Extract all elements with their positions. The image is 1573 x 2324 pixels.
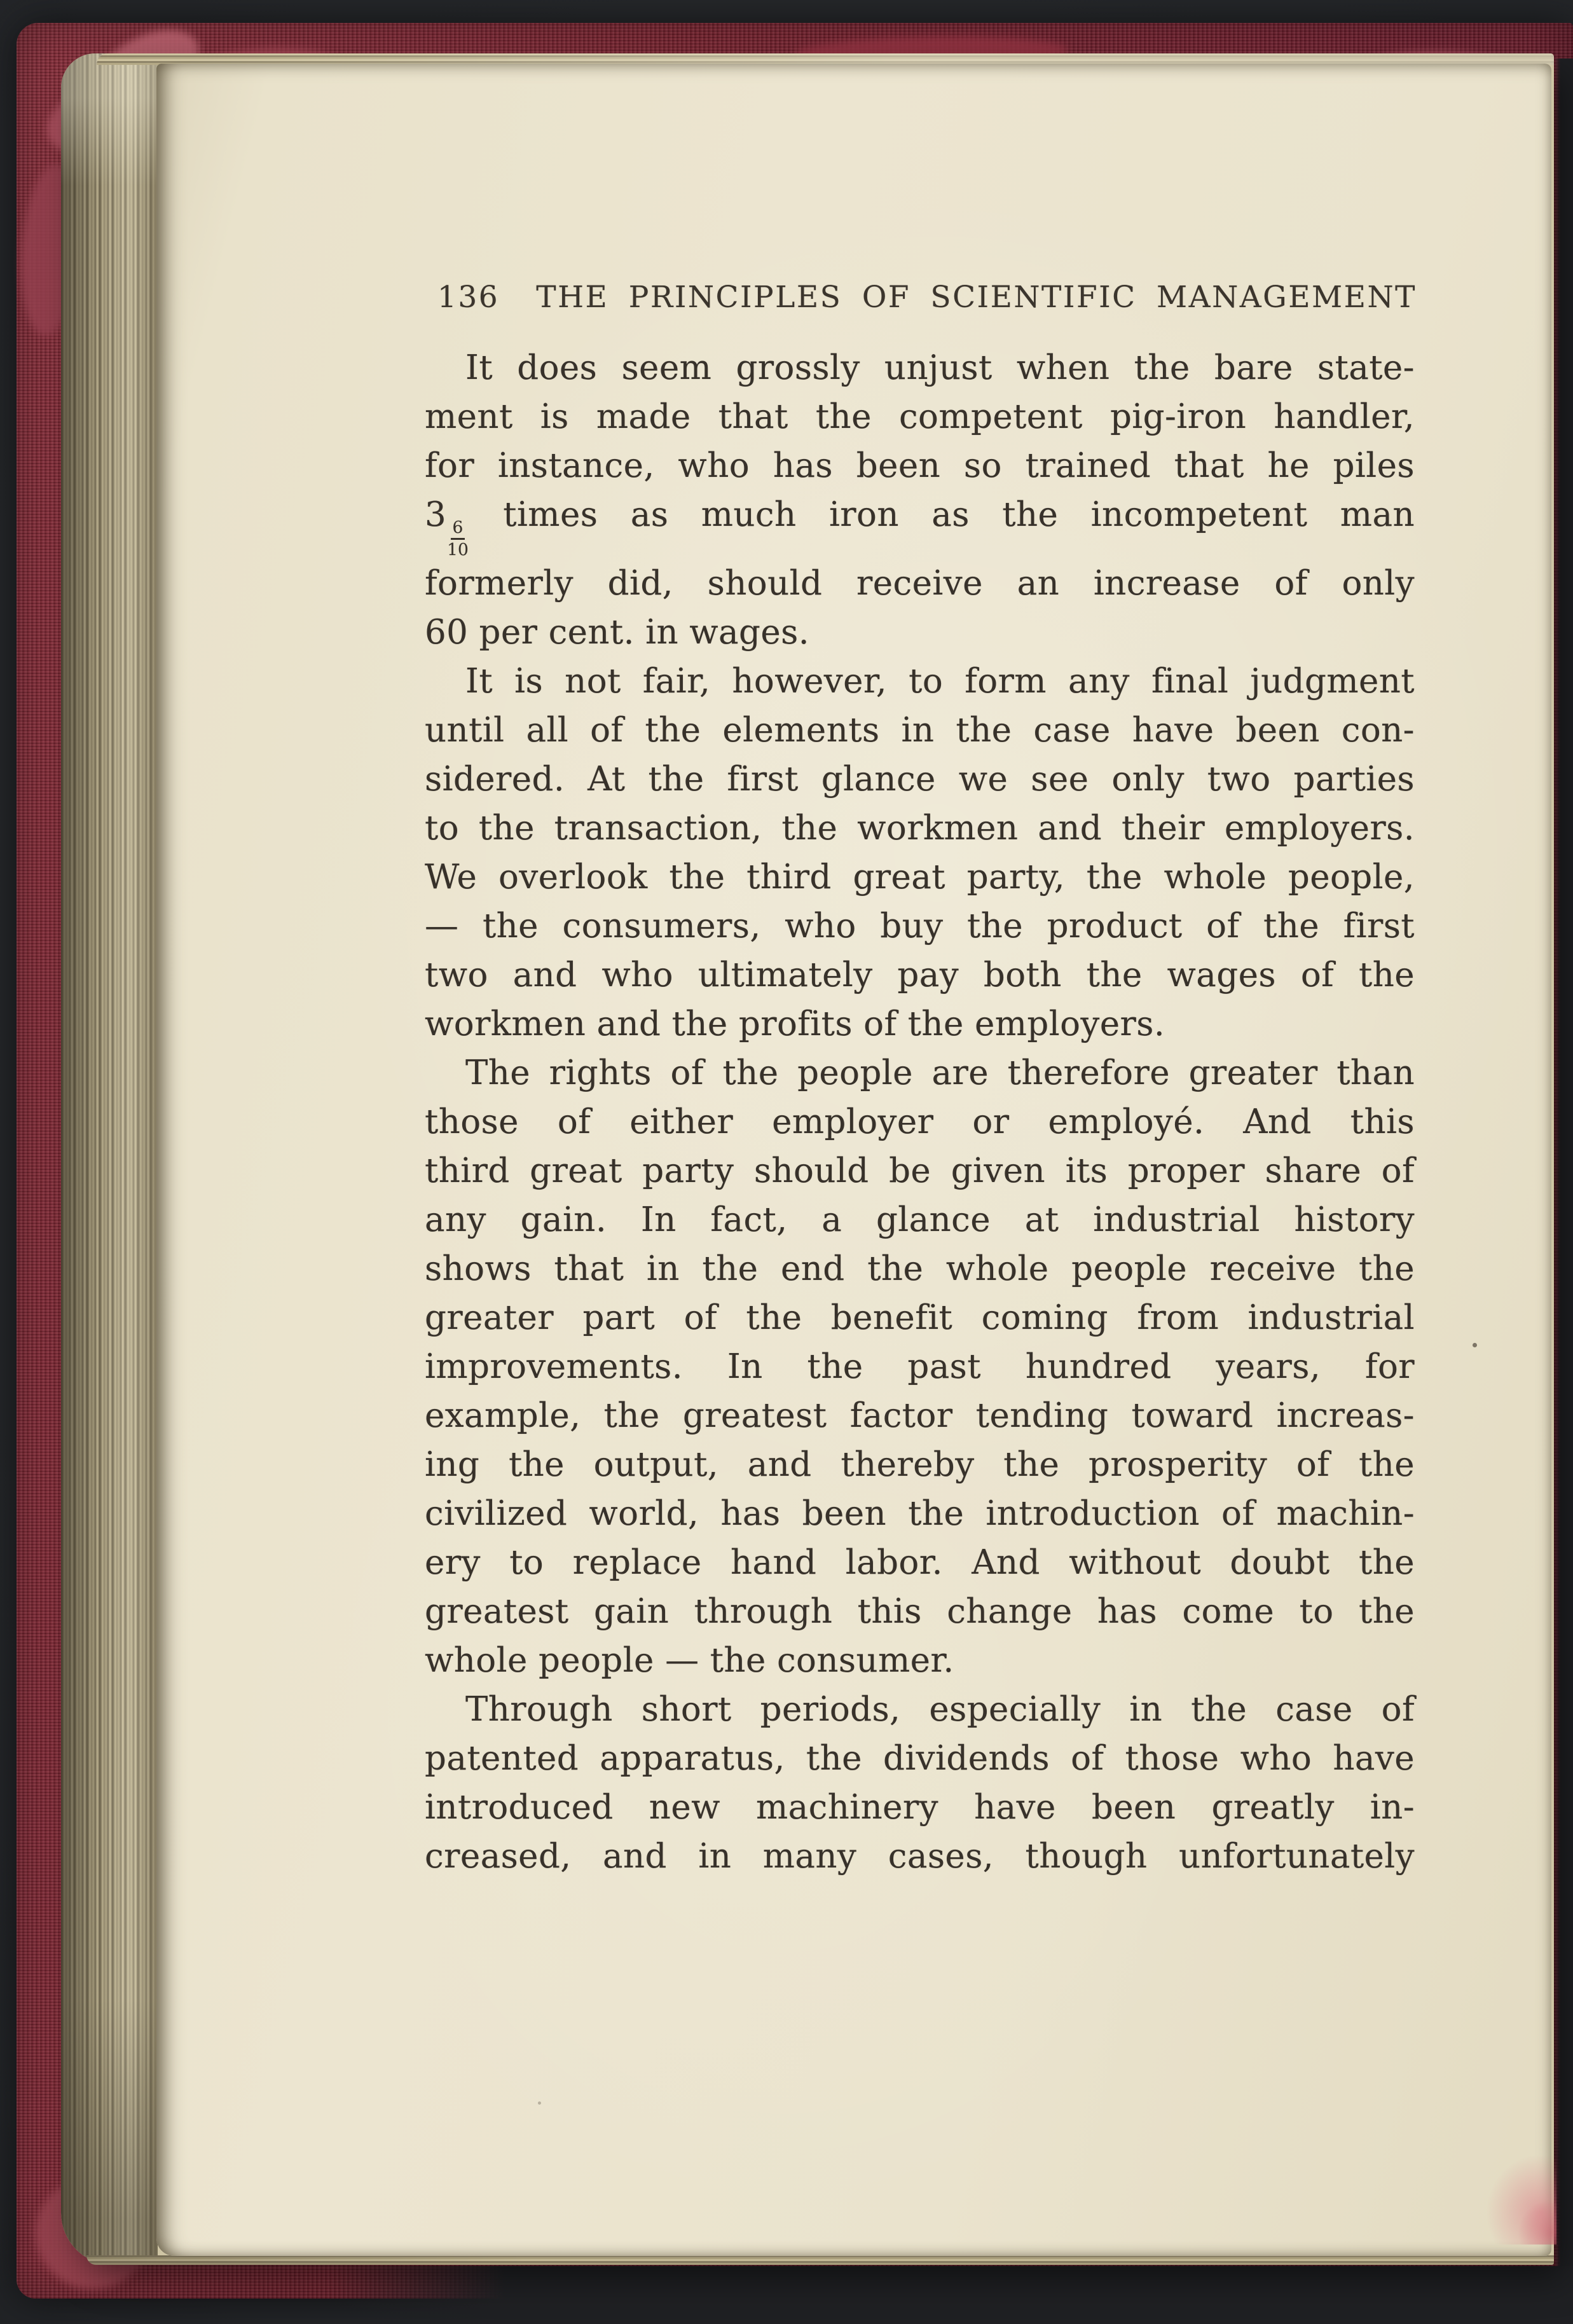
text-line: to the transaction, the workmen and thei… — [425, 804, 1415, 853]
text-line: sidered. At the first glance we see only… — [425, 755, 1415, 804]
text-line: greater part of the benefit coming from … — [425, 1293, 1415, 1342]
text-line: It is not fair, however, to form any fin… — [425, 657, 1415, 706]
text-line: for instance, who has been so trained th… — [425, 441, 1415, 490]
text-line: creased, and in many cases, though unfor… — [425, 1832, 1415, 1881]
text-line: improvements. In the past hundred years,… — [425, 1342, 1415, 1391]
text-line: whole people — the consumer. — [425, 1636, 1415, 1685]
text-line: those of either employer or employé. And… — [425, 1097, 1415, 1146]
page-stack: 136 THE PRINCIPLES OF SCIENTIFIC MANAGEM… — [61, 53, 1554, 2265]
page-edges-left — [61, 53, 158, 2265]
text-line: until all of the elements in the case ha… — [425, 706, 1415, 755]
text-line: formerly did, should receive an increase… — [425, 559, 1415, 608]
text-column: 136 THE PRINCIPLES OF SCIENTIFIC MANAGEM… — [425, 273, 1415, 1881]
running-head: 136 THE PRINCIPLES OF SCIENTIFIC MANAGEM… — [425, 273, 1415, 322]
paragraph: It is not fair, however, to form any fin… — [425, 657, 1415, 1049]
paper-speck — [538, 2101, 541, 2105]
line-text: times as much iron as the incompetent ma… — [471, 495, 1415, 534]
text-line: We overlook the third great party, the w… — [425, 853, 1415, 902]
pink-stain — [1429, 2098, 1556, 2245]
text-line: two and who ultimately pay both the wage… — [425, 951, 1415, 1000]
text-line: The rights of the people are therefore g… — [425, 1049, 1415, 1097]
text-line: example, the greatest factor tending tow… — [425, 1391, 1415, 1440]
text-line: 60 per cent. in wages. — [425, 608, 1415, 657]
text-line: third great party should be given its pr… — [425, 1146, 1415, 1195]
text-line: introduced new machinery have been great… — [425, 1783, 1415, 1832]
text-line: 3610 times as much iron as the incompete… — [425, 490, 1415, 559]
paper-speck — [1473, 1343, 1477, 1347]
text-line: greatest gain through this change has co… — [425, 1587, 1415, 1636]
background-shadow — [331, 2266, 1573, 2324]
text-line: ing the output, and thereby the prosperi… — [425, 1440, 1415, 1489]
fraction-denominator: 10 — [447, 540, 469, 559]
text-line: ery to replace hand labor. And without d… — [425, 1538, 1415, 1587]
paragraph: Through short periods, especially in the… — [425, 1685, 1415, 1881]
page-edges-bottom — [86, 2255, 1554, 2265]
text-line: ment is made that the competent pig-iron… — [425, 392, 1415, 441]
text-line: It does seem grossly unjust when the bar… — [425, 343, 1415, 392]
background-shadow — [1555, 58, 1573, 2324]
paragraph: The rights of the people are therefore g… — [425, 1049, 1415, 1685]
text-line: any gain. In fact, a glance at industria… — [425, 1195, 1415, 1244]
stacked-fraction: 610 — [447, 519, 469, 559]
fraction-numerator: 6 — [451, 519, 465, 540]
fraction-whole: 3 — [425, 495, 446, 534]
photo-scene: 136 THE PRINCIPLES OF SCIENTIFIC MANAGEM… — [0, 0, 1573, 2324]
text-line: civilized world, has been the introducti… — [425, 1489, 1415, 1538]
text-line: — the consumers, who buy the product of … — [425, 902, 1415, 951]
text-line: shows that in the end the whole people r… — [425, 1244, 1415, 1293]
page-number: 136 — [437, 273, 499, 322]
running-head-title: THE PRINCIPLES OF SCIENTIFIC MANAGEMENT — [536, 273, 1417, 322]
text-line: workmen and the profits of the employers… — [425, 1000, 1415, 1049]
body-text: It does seem grossly unjust when the bar… — [425, 343, 1415, 1881]
book-page: 136 THE PRINCIPLES OF SCIENTIFIC MANAGEM… — [156, 64, 1551, 2256]
paragraph: It does seem grossly unjust when the bar… — [425, 343, 1415, 657]
text-line: patented apparatus, the dividends of tho… — [425, 1734, 1415, 1783]
text-line: Through short periods, especially in the… — [425, 1685, 1415, 1734]
